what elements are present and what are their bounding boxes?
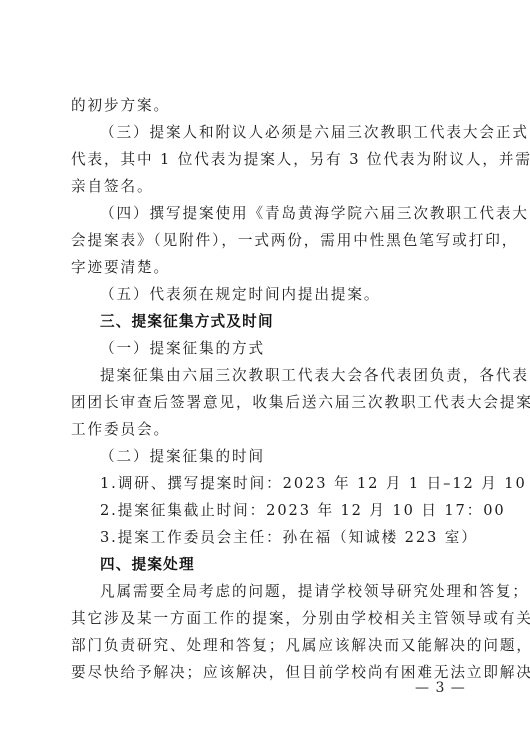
subsection-heading: （二）提案征集的时间: [71, 443, 463, 470]
text-line: 部门负责研究、处理和答复；凡属应该解决而又能解决的问题，: [71, 632, 463, 659]
text-line: 提案征集由六届三次教职工代表大会各代表团负责，各代表: [71, 362, 463, 389]
text-line: 凡属需要全局考虑的问题，提请学校领导研究处理和答复；: [71, 578, 463, 605]
text-line: 要尽快给予解决；应该解决，但目前学校尚有困难无法立即解决: [71, 659, 463, 686]
text-line: 亲自签名。: [71, 173, 463, 200]
text-line: 的初步方案。: [71, 92, 463, 119]
text-line: 其它涉及某一方面工作的提案，分别由学校相关主管领导或有关: [71, 605, 463, 632]
document-body: 的初步方案。 （三）提案人和附议人必须是六届三次教职工代表大会正式 代表，其中 …: [71, 92, 463, 686]
text-line: （五）代表须在规定时间内提出提案。: [71, 281, 463, 308]
text-line: 字迹要清楚。: [71, 254, 463, 281]
section-heading: 四、提案处理: [71, 551, 463, 578]
list-item: 1.调研、撰写提案时间：2023 年 12 月 1 日–12 月 10 日: [71, 470, 463, 497]
text-line: 会提案表》（见附件），一式两份，需用中性黑色笔写或打印，: [71, 227, 463, 254]
list-item: 2.提案征集截止时间：2023 年 12 月 10 日 17：00: [71, 497, 463, 524]
text-line: （三）提案人和附议人必须是六届三次教职工代表大会正式: [71, 119, 463, 146]
text-line: 团团长审查后签署意见，收集后送六届三次教职工代表大会提案: [71, 389, 463, 416]
document-page: 的初步方案。 （三）提案人和附议人必须是六届三次教职工代表大会正式 代表，其中 …: [0, 0, 530, 747]
list-item: 3.提案工作委员会主任：孙在福（知诚楼 223 室）: [71, 524, 463, 551]
text-line: 工作委员会。: [71, 416, 463, 443]
page-number: — 3 —: [415, 680, 466, 696]
subsection-heading: （一）提案征集的方式: [71, 335, 463, 362]
text-line: （四）撰写提案使用《青岛黄海学院六届三次教职工代表大: [71, 200, 463, 227]
section-heading: 三、提案征集方式及时间: [71, 308, 463, 335]
text-line: 代表，其中 1 位代表为提案人，另有 3 位代表为附议人，并需要: [71, 146, 463, 173]
